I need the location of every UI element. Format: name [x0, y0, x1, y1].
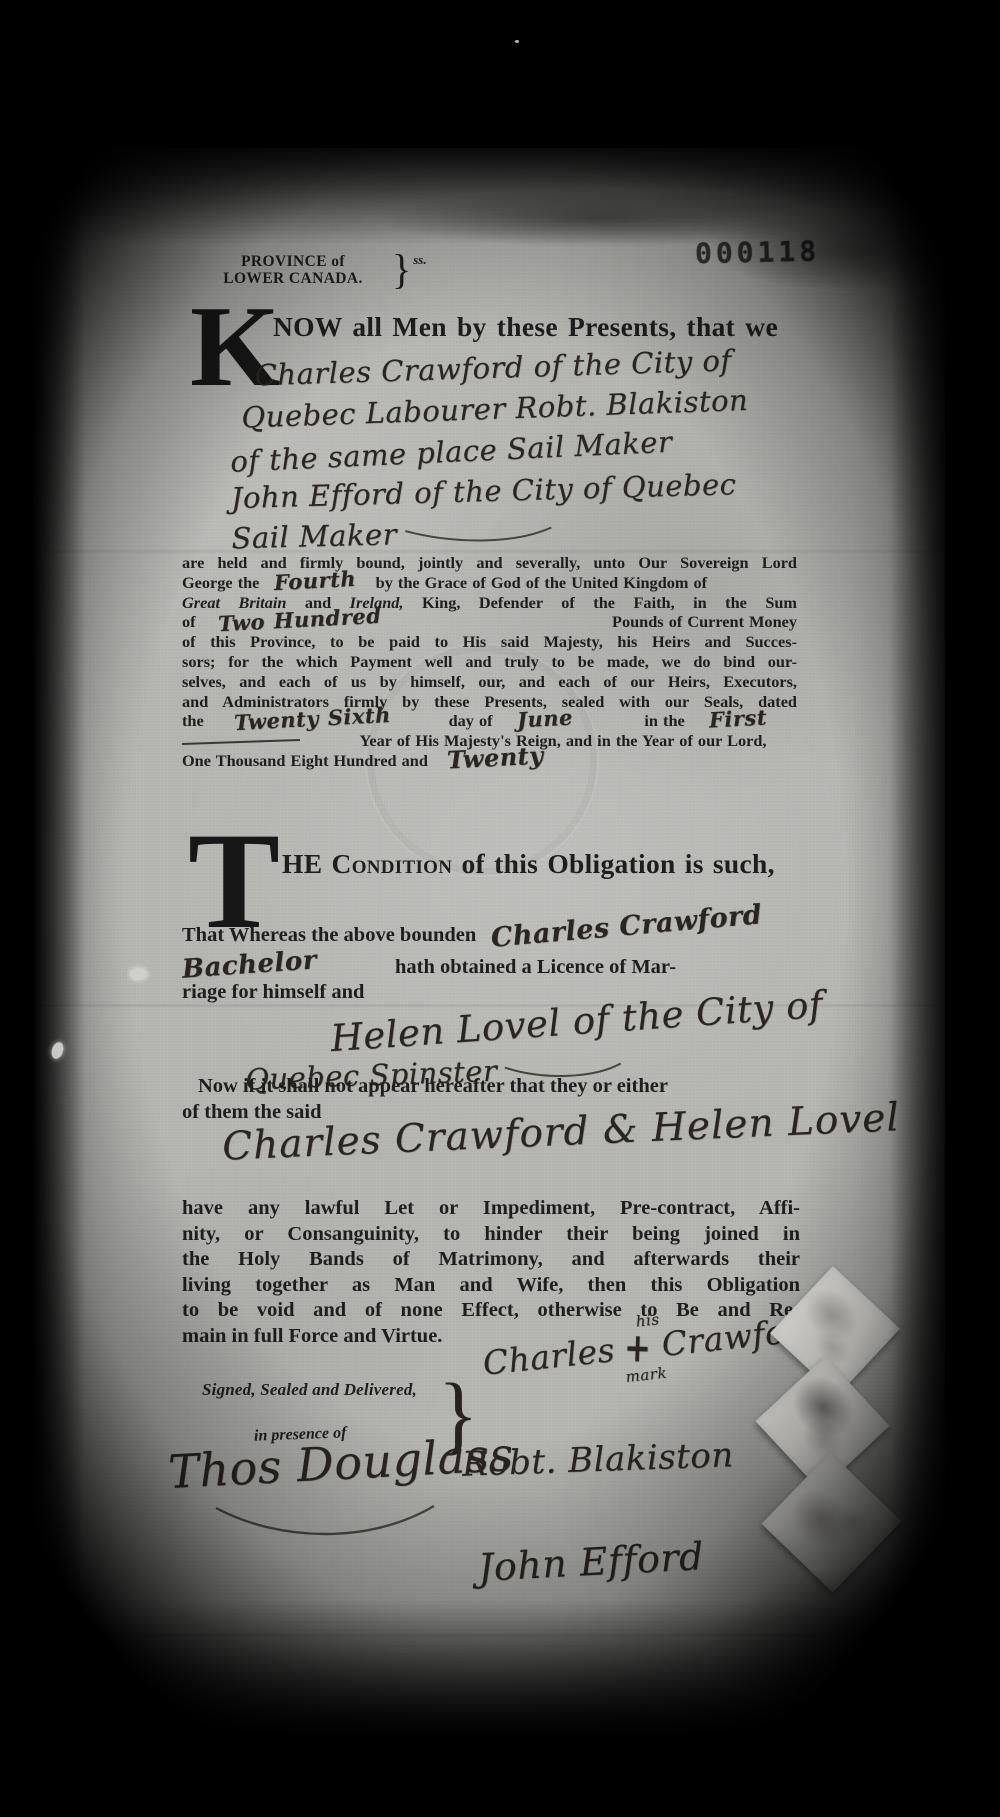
paper-crease: [30, 1634, 945, 1637]
bond-line: sors; for the which Payment well and tru…: [182, 652, 797, 672]
scanned-document-page: PROVINCE of LOWER CANADA. } ss. 000118 K…: [0, 0, 1000, 1817]
bond-text: by the Grace of God of the United Kingdo…: [376, 573, 707, 592]
fill-sum-amount: Two Hundred: [217, 612, 381, 629]
opening-heading: NOW all Men by these Presents, that we: [273, 311, 778, 343]
blank-rule: [182, 739, 300, 745]
fill-day: Twenty Sixth: [234, 711, 391, 727]
whereas-text: That Whereas the above bounden: [182, 924, 476, 946]
bond-paragraph: are held and firmly bound, jointly and s…: [182, 553, 797, 771]
bond-text: Year of His Majesty's Reign, and in the …: [359, 731, 766, 750]
groom-mark: his + mark: [623, 1327, 654, 1368]
dropcap-t: T: [188, 833, 280, 930]
paper-blemish: [130, 968, 147, 980]
province-caption: PROVINCE of LOWER CANADA.: [198, 253, 388, 287]
bond-line: selves, and each of us by himself, our, …: [182, 672, 797, 692]
province-line1: PROVINCE of: [198, 253, 388, 270]
bond-text: One Thousand Eight Hundred and: [182, 751, 428, 770]
fill-reign-year: First: [709, 714, 767, 725]
bond-text: Pounds of Current Money: [612, 612, 797, 632]
bond-text: the: [182, 711, 204, 731]
handwritten-parties-block: Charles Crawford of the City of Quebec L…: [228, 343, 750, 557]
condition-heading-smallcaps: Condition: [332, 848, 453, 879]
bond-line: One Thousand Eight Hundred and Twenty: [182, 751, 797, 771]
condition-heading: HE Condition of this Obligation is such,: [282, 848, 775, 880]
bond-line: of this Province, to be paid to His said…: [182, 632, 797, 652]
whereas-line: Bachelor hath obtained a Licence of Mar-: [182, 953, 882, 981]
condition-heading-text: HE: [282, 848, 322, 879]
witness-flourish: [210, 1500, 440, 1544]
party-line-text: Sail Maker: [231, 517, 397, 555]
header-brace: }: [392, 245, 411, 294]
surety-signature-efford: John Efford: [477, 1534, 705, 1590]
bond-text: day of: [449, 711, 493, 731]
closing-line: living together as Man and Wife, then th…: [182, 1273, 800, 1299]
bond-line: George the Fourth by the Grace of God of…: [182, 573, 797, 593]
bond-line: the Twenty Sixth day of June in the Firs…: [182, 711, 797, 731]
closing-line: have any lawful Let or Impediment, Pre-c…: [182, 1196, 800, 1222]
condition-heading-text: of this Obligation is such,: [461, 848, 774, 879]
surety-signature-blakiston: Robt. Blakiston: [461, 1435, 734, 1484]
closing-line: nity, or Consanguinity, to hinder their …: [182, 1222, 800, 1248]
fill-year: Twenty: [447, 751, 544, 764]
flourish: [403, 519, 554, 549]
paper-sheet: PROVINCE of LOWER CANADA. } ss. 000118 K…: [30, 148, 945, 1738]
bond-text: King, Defender of the Faith, in the Sum: [422, 593, 797, 612]
fill-groom-status: Bachelor: [181, 948, 317, 983]
bond-text: in the: [644, 711, 684, 731]
whereas-line: That Whereas the above bounden Charles C…: [182, 920, 882, 949]
closing-line: the Holy Bands of Matrimony, and afterwa…: [182, 1247, 800, 1273]
now-line: Now if it shall not appear hereafter tha…: [182, 1074, 822, 1100]
dust-speck: [515, 40, 519, 43]
fill-groom-name: Charles Crawford: [490, 902, 763, 951]
serial-number-stamp: 000118: [695, 235, 821, 271]
whereas-text: hath obtained a Licence of Mar-: [395, 955, 676, 981]
bond-text: George the: [182, 573, 259, 592]
mark-word-label: mark: [625, 1364, 668, 1386]
bond-line: of Two Hundred Pounds of Current Money: [182, 612, 797, 632]
seal-wafer-3: [762, 1453, 902, 1593]
attestation-line1: Signed, Sealed and Delivered,: [202, 1380, 417, 1400]
fill-king-ordinal: Fourth: [274, 575, 356, 587]
fill-month: June: [516, 714, 572, 725]
bond-text: of: [182, 612, 196, 632]
ss-abbreviation: ss.: [413, 252, 426, 268]
